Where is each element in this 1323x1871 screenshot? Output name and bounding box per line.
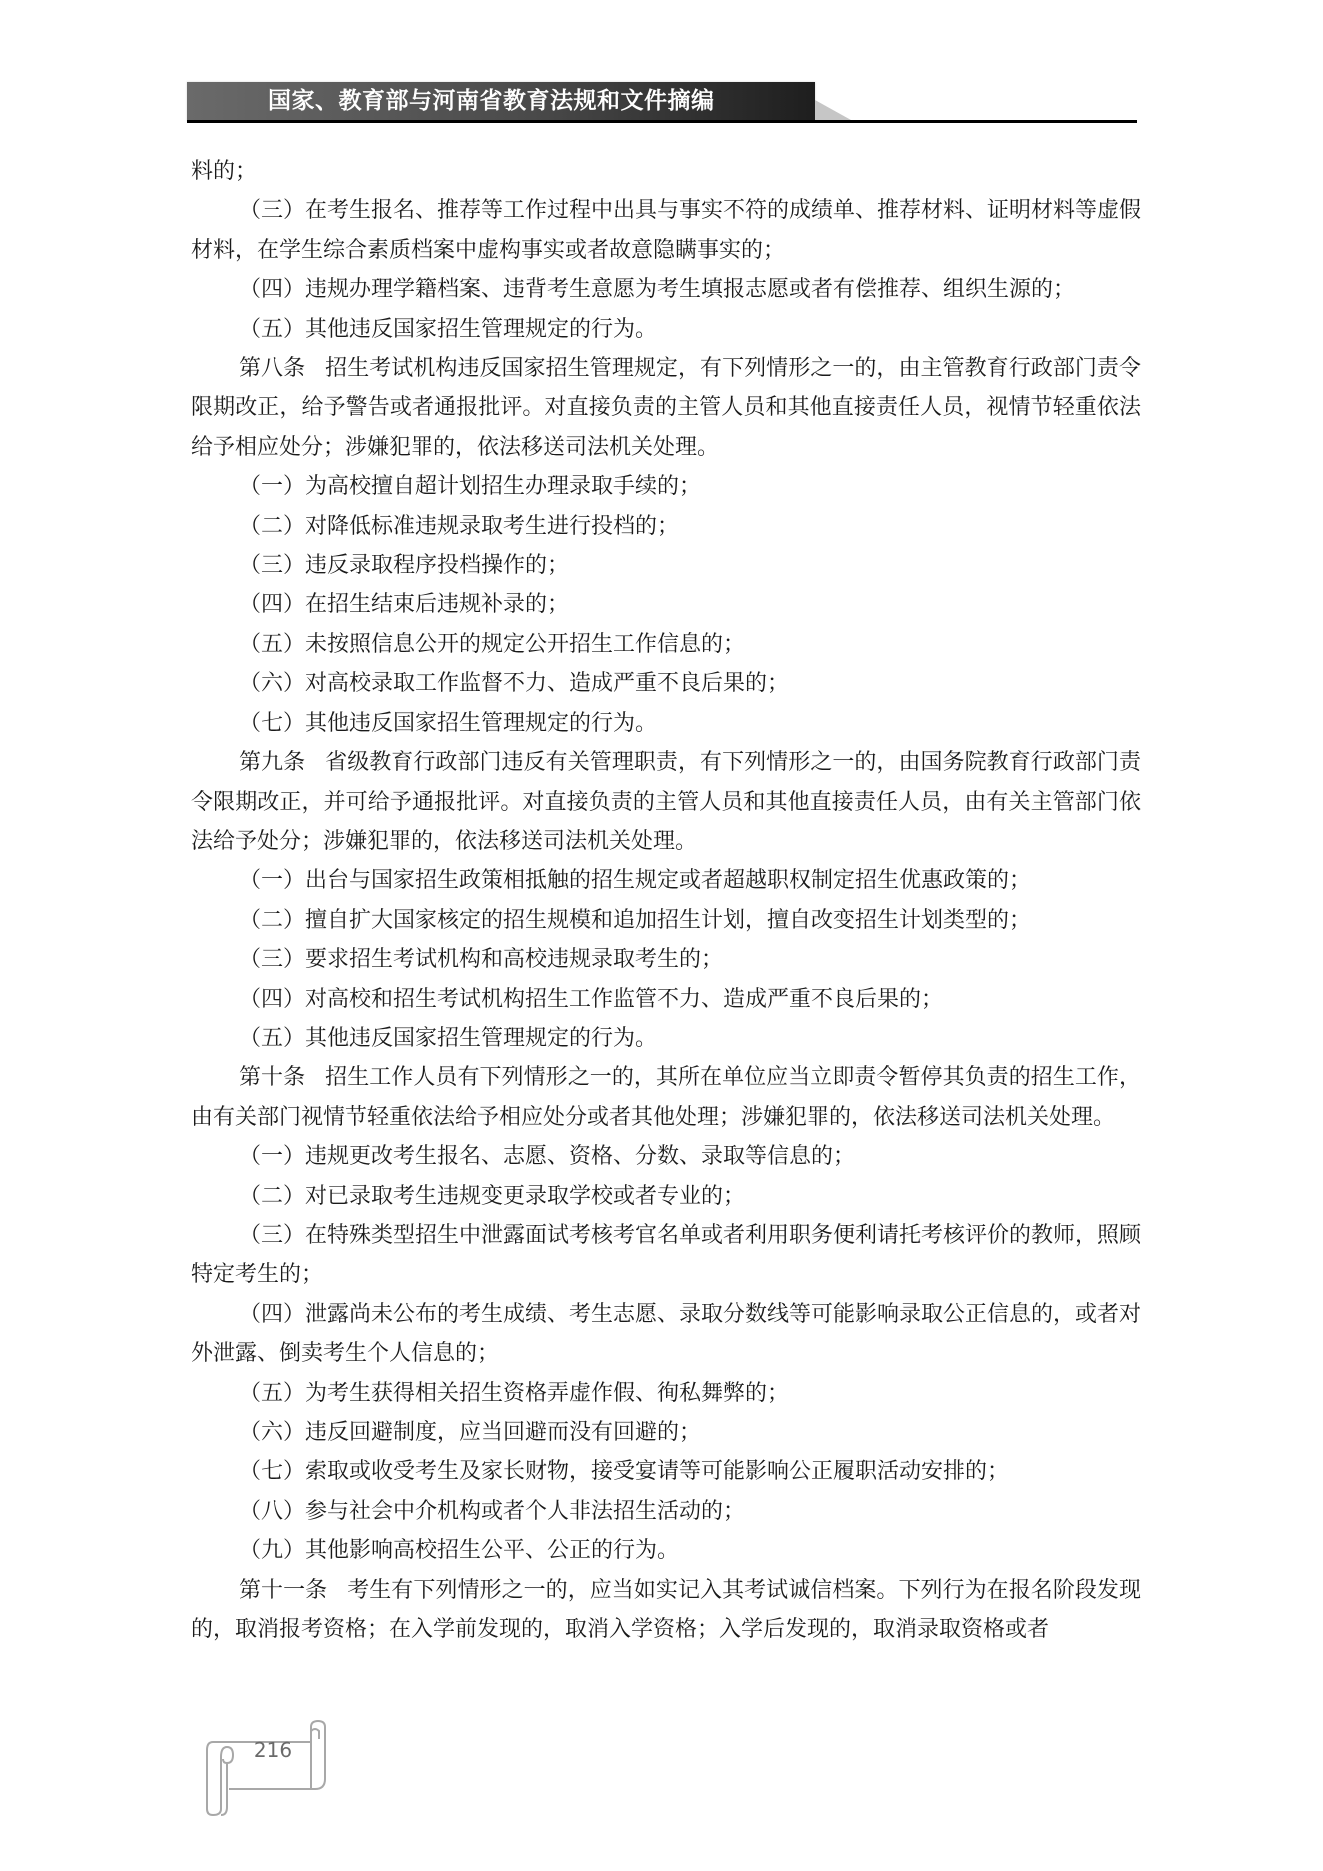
scroll-ornament-icon bbox=[203, 1717, 333, 1817]
article-number: 第十条 bbox=[239, 1065, 305, 1090]
running-header-title: 国家、教育部与河南省教育法规和文件摘编 bbox=[268, 84, 715, 118]
paragraph: （三）在考生报名、推荐等工作过程中出具与事实不符的成绩单、推荐材料、证明材料等虚… bbox=[191, 191, 1141, 270]
list-item: （七）索取或收受考生及家长财物，接受宴请等可能影响公正履职活动安排的； bbox=[191, 1452, 1141, 1491]
list-item: （六）对高校录取工作监督不力、造成严重不良后果的； bbox=[191, 664, 1141, 703]
list-item: （一）出台与国家招生政策相抵触的招生规定或者超越职权制定招生优惠政策的； bbox=[191, 861, 1141, 900]
article-number: 第八条 bbox=[239, 356, 305, 381]
list-item: （八）参与社会中介机构或者个人非法招生活动的； bbox=[191, 1492, 1141, 1531]
article-paragraph: 第八条招生考试机构违反国家招生管理规定，有下列情形之一的，由主管教育行政部门责令… bbox=[191, 349, 1141, 467]
list-item: （四）在招生结束后违规补录的； bbox=[191, 585, 1141, 624]
list-item: （七）其他违反国家招生管理规定的行为。 bbox=[191, 704, 1141, 743]
header-tab-decoration bbox=[815, 100, 851, 120]
list-item: （五）未按照信息公开的规定公开招生工作信息的； bbox=[191, 625, 1141, 664]
header-rule bbox=[187, 120, 1137, 123]
article-paragraph: 第十条招生工作人员有下列情形之一的，其所在单位应当立即责令暂停其负责的招生工作，… bbox=[191, 1058, 1141, 1137]
list-item: （一）为高校擅自超计划招生办理录取手续的； bbox=[191, 467, 1141, 506]
list-item: （四）泄露尚未公布的考生成绩、考生志愿、录取分数线等可能影响录取公正信息的，或者… bbox=[191, 1295, 1141, 1374]
article-paragraph: 第九条省级教育行政部门违反有关管理职责，有下列情形之一的，由国务院教育行政部门责… bbox=[191, 743, 1141, 861]
article-number: 第十一条 bbox=[239, 1578, 327, 1603]
list-item: （一）违规更改考生报名、志愿、资格、分数、录取等信息的； bbox=[191, 1137, 1141, 1176]
paragraph: （四）违规办理学籍档案、违背考生意愿为考生填报志愿或者有偿推荐、组织生源的； bbox=[191, 270, 1141, 309]
list-item: （三）要求招生考试机构和高校违规录取考生的； bbox=[191, 940, 1141, 979]
document-body: 料的； （三）在考生报名、推荐等工作过程中出具与事实不符的成绩单、推荐材料、证明… bbox=[191, 152, 1141, 1649]
list-item: （五）为考生获得相关招生资格弄虚作假、徇私舞弊的； bbox=[191, 1374, 1141, 1413]
article-number: 第九条 bbox=[239, 750, 305, 775]
list-item: （三）违反录取程序投档操作的； bbox=[191, 546, 1141, 585]
paragraph: （五）其他违反国家招生管理规定的行为。 bbox=[191, 310, 1141, 349]
list-item: （三）在特殊类型招生中泄露面试考核考官名单或者利用职务便利请托考核评价的教师，照… bbox=[191, 1216, 1141, 1295]
list-item: （九）其他影响高校招生公平、公正的行为。 bbox=[191, 1531, 1141, 1570]
article-paragraph: 第十一条考生有下列情形之一的，应当如实记入其考试诚信档案。下列行为在报名阶段发现… bbox=[191, 1571, 1141, 1650]
page-number: 216 bbox=[243, 1738, 303, 1762]
list-item: （二）对已录取考生违规变更录取学校或者专业的； bbox=[191, 1177, 1141, 1216]
list-item: （六）违反回避制度，应当回避而没有回避的； bbox=[191, 1413, 1141, 1452]
list-item: （二）对降低标准违规录取考生进行投档的； bbox=[191, 507, 1141, 546]
list-item: （四）对高校和招生考试机构招生工作监管不力、造成严重不良后果的； bbox=[191, 980, 1141, 1019]
list-item: （二）擅自扩大国家核定的招生规模和追加招生计划，擅自改变招生计划类型的； bbox=[191, 901, 1141, 940]
paragraph: 料的； bbox=[191, 152, 1141, 191]
list-item: （五）其他违反国家招生管理规定的行为。 bbox=[191, 1019, 1141, 1058]
